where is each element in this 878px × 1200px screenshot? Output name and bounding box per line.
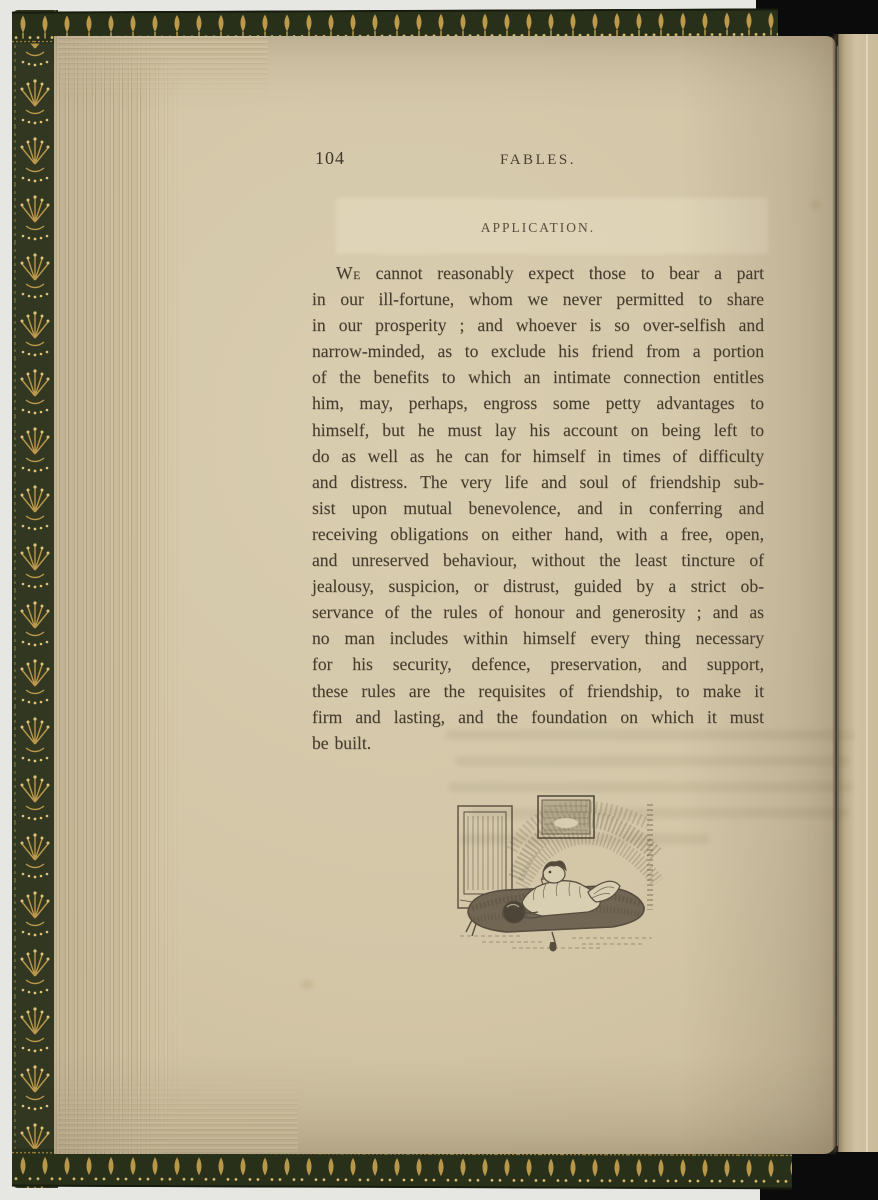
paragraph-line: himself, but he must lay his account on … (312, 417, 764, 443)
engraving-drawing (452, 790, 664, 952)
page-stack-bottom-edge (58, 1072, 298, 1152)
lead-word: We (336, 263, 361, 283)
paragraph-line: and distress. The very life and soul of … (312, 469, 764, 495)
paragraph-line-text: cannot reasonably expect those to bear a… (376, 263, 764, 283)
paragraph-line: firm and lasting, and the foundation on … (312, 704, 764, 730)
paragraph-line: be built. (312, 730, 764, 756)
paragraph-line: and unreserved behaviour, without the le… (312, 547, 764, 573)
paragraph-line: receiving obligations on either hand, wi… (312, 521, 764, 547)
paragraph-line: for his security, defence, preservation,… (312, 651, 764, 677)
paragraph-line: no man includes within himself every thi… (312, 625, 764, 651)
book-spine-leather (12, 10, 58, 1188)
gutter-shadow (832, 34, 839, 1152)
paragraph-line: sist upon mutual benevolence, and in con… (312, 495, 764, 521)
paragraph-line: him, may, perhaps, engross some petty ad… (312, 390, 764, 416)
foxing-spot (300, 980, 314, 989)
gutter-edge-highlight (866, 34, 868, 1152)
cover-bottom-gold-band (12, 1149, 792, 1190)
paragraph-line: in our prosperity ; and whoever is so ov… (312, 312, 764, 338)
paragraph-line: of the benefits to which an intimate con… (312, 364, 764, 390)
section-heading: APPLICATION. (313, 220, 763, 236)
paragraph-line: jealousy, suspicion, or distrust, guided… (312, 573, 764, 599)
paragraph-line: do as well as he can for himself in time… (312, 443, 764, 469)
application-paragraph: We cannot reasonably expect those to bea… (312, 260, 764, 756)
facing-page-sliver (838, 34, 878, 1152)
page-stack-fore-edge (54, 36, 182, 1154)
paragraph-line: in our ill-fortune, whom we never permit… (312, 286, 764, 312)
paragraph-line: narrow-minded, as to exclude his friend … (312, 338, 764, 364)
spine-gold-tooling-pattern (12, 10, 58, 1188)
engraving-dog-on-cushion (452, 790, 664, 952)
paragraph-line: these rules are the requisites of friend… (312, 678, 764, 704)
paragraph-line: servance of the rules of honour and gene… (312, 599, 764, 625)
bottom-band-pattern (12, 1149, 792, 1190)
scanned-book-page: 104 FABLES. APPLICATION. We cannot reaso… (0, 0, 878, 1200)
foxing-spot (810, 200, 820, 210)
running-head: FABLES. (313, 152, 763, 169)
paragraph-line: We cannot reasonably expect those to bea… (312, 260, 764, 286)
page-stack-top-edge (58, 36, 268, 102)
bleed-through-line (455, 756, 850, 766)
